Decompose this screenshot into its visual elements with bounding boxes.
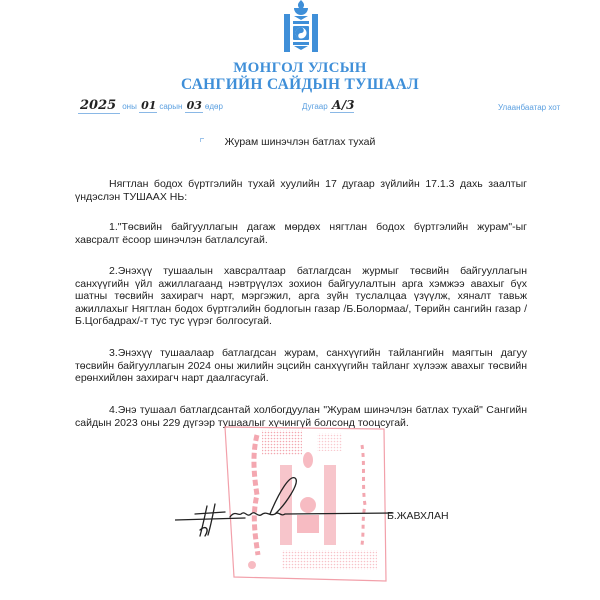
date-day: 03 (185, 99, 203, 113)
signer-name: Б.ЖАВХЛАН (387, 510, 449, 522)
date-year: 2025 (78, 98, 120, 114)
document-type-title: САНГИЙН САЙДЫН ТУШААЛ (0, 76, 600, 94)
order-number: А/3 (330, 98, 354, 113)
year-label: оны (122, 102, 137, 111)
order-number-field: Дугаар А/3 (302, 98, 354, 113)
document-subject: Журам шинэчлэн батлах тухай (0, 136, 600, 148)
handwritten-signature-icon (175, 470, 395, 540)
country-title: МОНГОЛ УЛСЫН (0, 60, 600, 77)
date-field: 2025 оны 01 сарын 03 өдөр (78, 98, 223, 114)
order-item-3: 3.Энэхүү тушаалаар батлагдсан журам, сан… (75, 347, 527, 385)
date-month: 01 (139, 99, 157, 113)
day-label: өдөр (205, 102, 223, 111)
order-item-2: 2.Энэхүү тушаалын хавсралтаар батлагдсан… (75, 265, 527, 328)
number-label: Дугаар (302, 102, 328, 111)
city-label: Улаанбаатар хот (498, 103, 560, 112)
preamble-paragraph: Нягтлан бодох бүртгэлийн тухай хуулийн 1… (75, 178, 527, 203)
soyombo-emblem-icon (282, 0, 320, 54)
order-item-1: 1."Төсвийн байгууллагын дагаж мөрдөх няг… (75, 221, 527, 246)
month-label: сарын (159, 102, 182, 111)
